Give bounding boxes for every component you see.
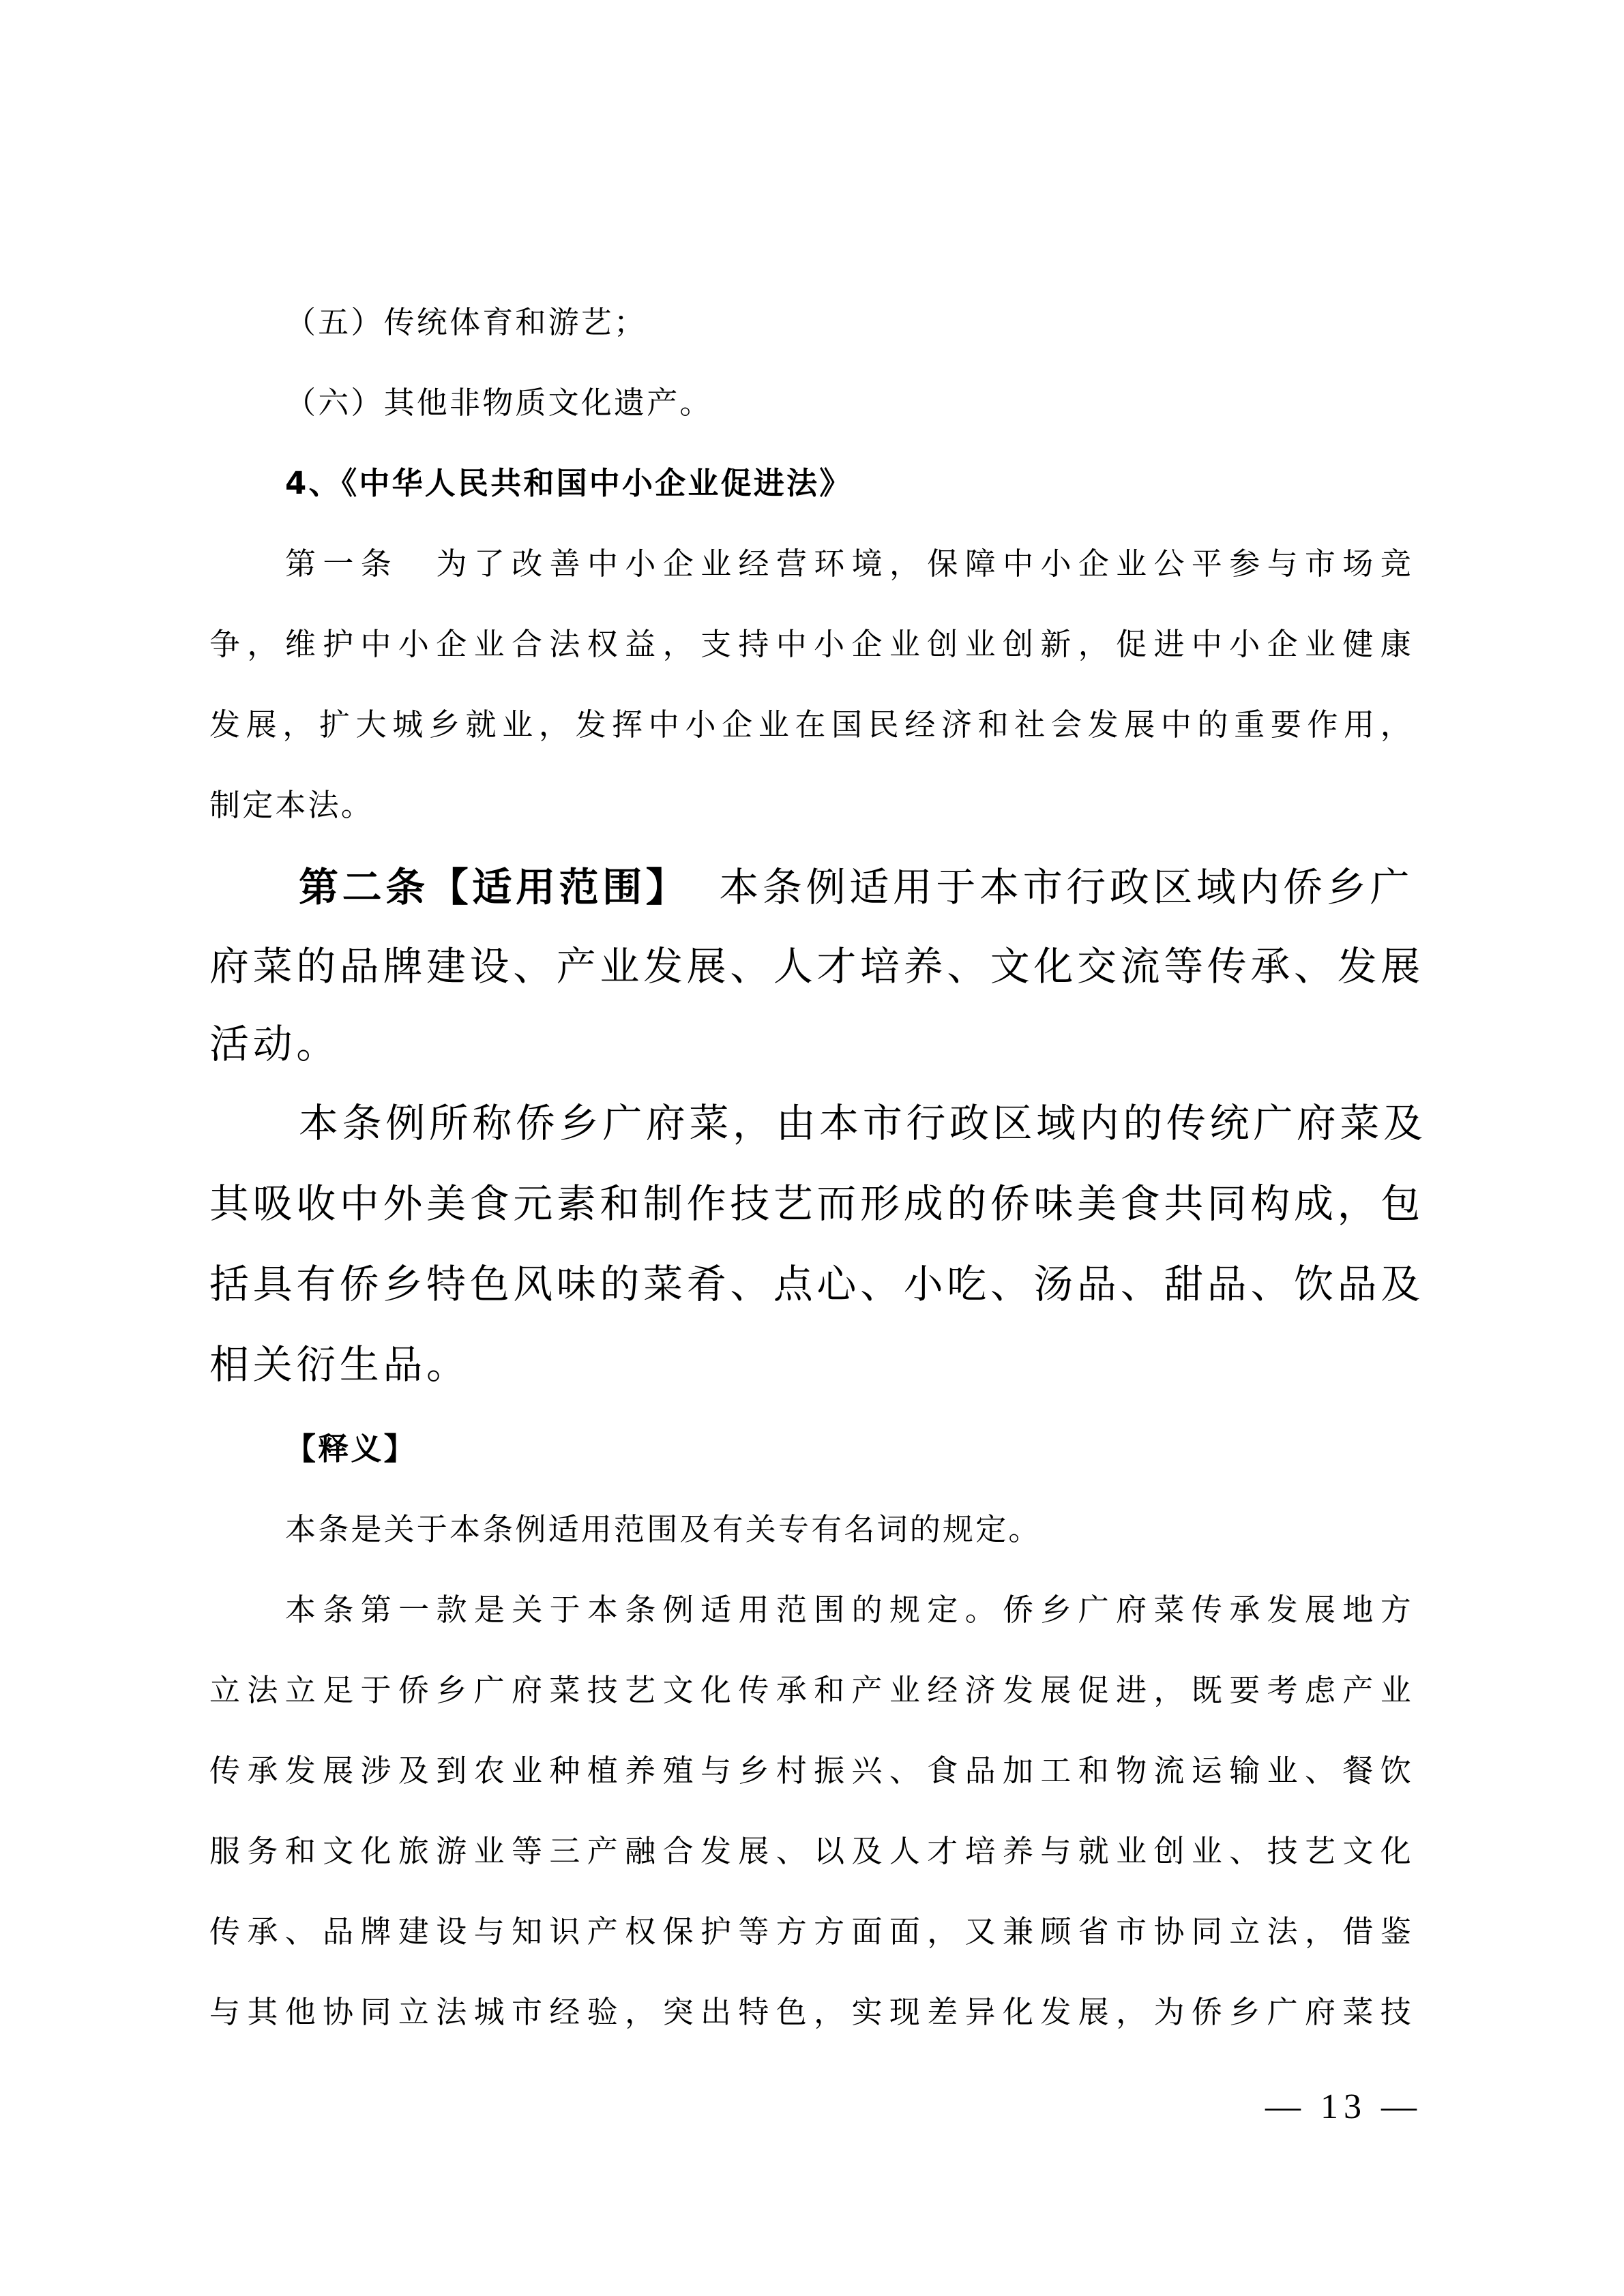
interpretation-heading: 【释义】 — [285, 1433, 417, 1464]
interpretation-line: 与其他协同立法城市经验，突出特色，实现差异化发展，为侨乡广府菜技 — [209, 1997, 1413, 2027]
article2-para2-line: 本条例所称侨乡广府菜，由本市行政区域内的传统广府菜及 — [299, 1103, 1413, 1143]
article2-line: 府菜的品牌建设、产业发展、人才培养、文化交流等传承、发展 — [209, 946, 1413, 986]
article2-title: 第二条【适用范围】 — [299, 867, 689, 907]
interpretation-para1: 本条是关于本条例适用范围及有关专有名词的规定。 — [285, 1514, 1042, 1545]
list-item-5: （五）传统体育和游艺； — [285, 307, 647, 338]
article1-line: 第一条 为了改善中小企业经营环境，保障中小企业公平参与市场竞 — [285, 548, 1413, 579]
article1-line: 争，维护中小企业合法权益，支持中小企业创业创新，促进中小企业健康 — [209, 629, 1413, 659]
law-heading: 4、《中华人民共和国中小企业促进法》 — [285, 468, 852, 498]
article2-para2-line: 括具有侨乡特色风味的菜肴、点心、小吃、汤品、甜品、饮品及 — [209, 1264, 1413, 1304]
page-number: — 13 — — [1265, 2087, 1422, 2127]
article2-line1-rest: 本条例适用于本市行政区域内侨乡广 — [719, 867, 1413, 907]
article1-line: 制定本法。 — [209, 790, 374, 820]
article2-line: 活动。 — [209, 1024, 340, 1064]
list-item-6: （六）其他非物质文化遗产。 — [285, 387, 713, 418]
article1-line: 发展，扩大城乡就业，发挥中小企业在国民经济和社会发展中的重要作用， — [209, 709, 1413, 740]
interpretation-line: 本条第一款是关于本条例适用范围的规定。侨乡广府菜传承发展地方 — [285, 1594, 1413, 1625]
interpretation-line: 传承、品牌建设与知识产权保护等方方面面，又兼顾省市协同立法，借鉴 — [209, 1916, 1413, 1947]
article2-para2-line: 其吸收中外美食元素和制作技艺而形成的侨味美食共同构成，包 — [209, 1184, 1413, 1223]
interpretation-line: 立法立足于侨乡广府菜技艺文化传承和产业经济发展促进，既要考虑产业 — [209, 1675, 1413, 1705]
interpretation-line: 服务和文化旅游业等三产融合发展、以及人才培养与就业创业、技艺文化 — [209, 1836, 1413, 1866]
interpretation-line: 传承发展涉及到农业种植养殖与乡村振兴、食品加工和物流运输业、餐饮 — [209, 1755, 1413, 1786]
article2-first-line: 第二条【适用范围】 本条例适用于本市行政区域内侨乡广 — [299, 867, 1413, 907]
article2-para2-line: 相关衍生品。 — [209, 1345, 470, 1384]
